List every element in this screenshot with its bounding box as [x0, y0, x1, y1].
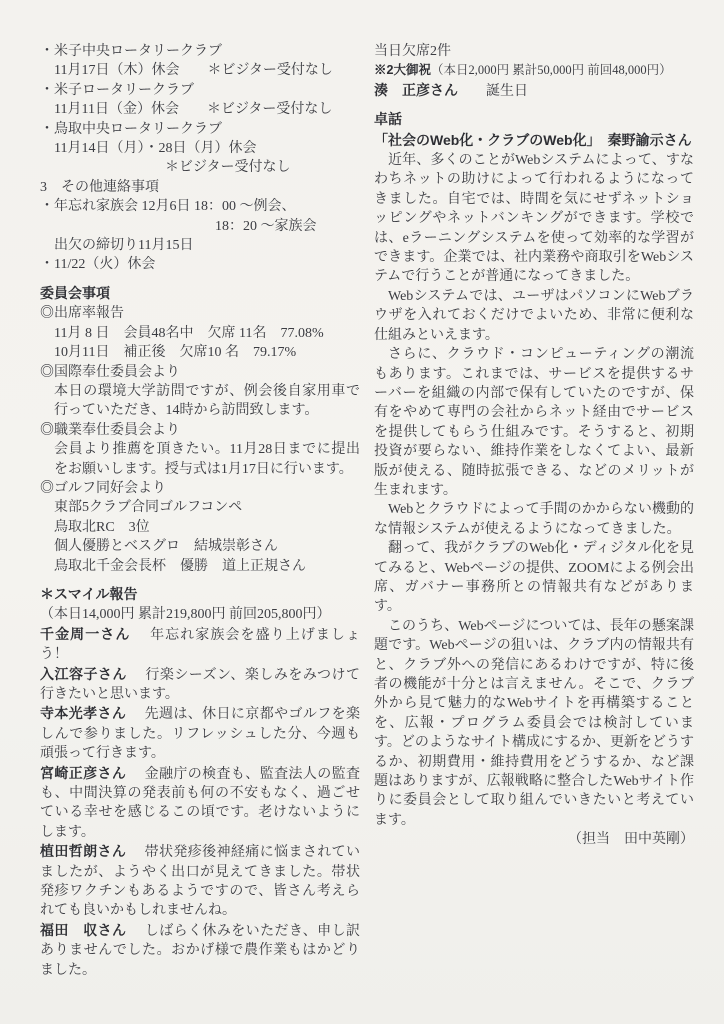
text-run: Webシステムでは、ユーザはパソコンにWebブラウザを入れておくだけでよいため、…	[374, 289, 694, 343]
club-closure-date: ・11/22（火）休会	[40, 255, 360, 274]
text-run: ・年忘れ家族会 12月6日 18：00 ～例会、	[40, 199, 296, 214]
speech-paragraph: さらに、クラウド・コンピューティングの潮流もあります。これまでは、サービスを提供…	[374, 345, 694, 500]
text-run: 3 その他連絡事項	[40, 180, 159, 195]
section-other-notices: 3 その他連絡事項	[40, 178, 360, 197]
speech-paragraph: 翻って、我がクラブのWeb化・ディジタル化を見てみると、Webページの提供、ZO…	[374, 539, 694, 617]
text-run: 11月14日（月）・28日（月）休会	[54, 141, 256, 156]
rsvp-deadline: 出欠の締切り11月15日	[40, 236, 360, 255]
family-party-line: ・年忘れ家族会 12月6日 18：00 ～例会、	[40, 197, 360, 216]
text-run: 翻って、我がクラブのWeb化・ディジタル化を見てみると、Webページの提供、ZO…	[374, 541, 694, 614]
text-run: 東部5クラブ合同ゴルフコンペ	[54, 500, 242, 515]
text-run: ・鳥取中央ロータリークラブ	[40, 122, 222, 137]
emphasized-text: ※2大御祝	[374, 63, 431, 77]
text-run: ・11/22（火）休会	[40, 257, 155, 272]
birthday-line: 湊 正彦さん 誕生日	[374, 81, 694, 101]
text-run: 11月 8 日 会員48名中 欠席 11名 77.08%	[54, 326, 324, 341]
golf-result-line: 個人優勝とベスグロ 結城崇彰さん	[40, 537, 360, 556]
smile-entry: 植田哲朗さん 帯状発疹後神経痛に悩まされていましたが、ようやく出口が見えてきまし…	[40, 842, 360, 921]
speech-paragraph: 近年、多くのことがWebシステムによって、すなわちネットの助けによって行われるよ…	[374, 151, 694, 287]
emphasized-text: 委員会事項	[40, 285, 110, 301]
committee-section-heading: 委員会事項	[40, 284, 360, 304]
text-run: 11月17日（木）休会 ＊ビジター受付なし	[54, 63, 333, 78]
absence-count: 当日欠席2件	[374, 42, 694, 61]
text-run: 本日の環境大学訪問ですが、例会後自家用車で行っていただき、14時から訪問致します…	[54, 384, 360, 418]
text-run: （担当 田中英剛）	[568, 832, 694, 847]
family-party-line2: 18：20 ～家族会	[40, 217, 360, 236]
emphasized-text: 入江容子さん	[40, 666, 127, 682]
speech-title: 「社会のWeb化・クラブのWeb化」 秦野諭示さん	[374, 131, 694, 151]
attendance-report-heading: ◎出席率報告	[40, 304, 360, 323]
text-run: 10月11日 補正後 欠席10 名 79.17%	[54, 345, 296, 360]
speech-paragraph: Webシステムでは、ユーザはパソコンにWebブラウザを入れておくだけでよいため、…	[374, 287, 694, 345]
smile-entry: 宮崎正彦さん 金融庁の検査も、監査法人の監査も、中間決算の発表前も何の不安もなく…	[40, 764, 360, 843]
vocational-service-body: 会員より推薦を頂きたい。11月28日までに提出をお願いします。授与式は1月17日…	[40, 440, 360, 479]
speech-byline: （担当 田中英剛）	[374, 830, 694, 849]
smile-report-heading: ＊スマイル報告	[40, 585, 360, 605]
vocational-service-heading: ◎職業奉仕委員会より	[40, 421, 360, 440]
emphasized-text: 福田 収さん	[40, 922, 126, 938]
text-run: ◎国際奉仕委員会より	[40, 365, 180, 380]
text-run: ＊ビジター受付なし	[165, 160, 290, 175]
text-run: 鳥取北RC 3位	[54, 520, 150, 535]
text-run: 個人優勝とベスグロ 結城崇彰さん	[54, 539, 278, 554]
golf-club-heading: ◎ゴルフ同好会より	[40, 479, 360, 498]
text-run: 出欠の締切り11月15日	[54, 238, 193, 253]
speech-section-heading: 卓話	[374, 110, 694, 130]
emphasized-text: 宮崎正彦さん	[40, 765, 126, 781]
celebration-line: ※2大御祝（本日2,000円 累計50,000円 前回48,000円）	[374, 61, 694, 80]
golf-result-line: 鳥取北RC 3位	[40, 518, 360, 537]
golf-result-line: 鳥取北千金会長杯 優勝 道上正規さん	[40, 557, 360, 576]
text-run: ◎職業奉仕委員会より	[40, 423, 180, 438]
club-closure-name: ・米子中央ロータリークラブ	[40, 42, 360, 61]
speech-paragraph: このうち、Webページについては、長年の懸案課題です。Webページの狙いは、クラ…	[374, 617, 694, 830]
bulletin-page: ・米子中央ロータリークラブ11月17日（木）休会 ＊ビジター受付なし・米子ロータ…	[0, 0, 724, 1024]
intl-service-body: 本日の環境大学訪問ですが、例会後自家用車で行っていただき、14時から訪問致します…	[40, 382, 360, 421]
club-closure-date: 11月11日（金）休会 ＊ビジター受付なし	[40, 100, 360, 119]
text-run: Webとクラウドによって手間のかからない機動的な情報システムが使えるようになって…	[374, 502, 694, 536]
text-run: 誕生日	[458, 84, 528, 99]
emphasized-text: 湊 正彦さん	[374, 82, 458, 98]
club-closure-name: ・米子ロータリークラブ	[40, 81, 360, 100]
golf-result-line: 東部5クラブ合同ゴルフコンペ	[40, 498, 360, 517]
club-closure-name: ・鳥取中央ロータリークラブ	[40, 120, 360, 139]
club-closure-date: 11月14日（月）・28日（月）休会	[40, 139, 360, 158]
emphasized-text: 寺本光孝さん	[40, 705, 126, 721]
text-run: ◎ゴルフ同好会より	[40, 481, 166, 496]
text-run: 会員より推薦を頂きたい。11月28日までに提出をお願いします。授与式は1月17日…	[54, 442, 360, 476]
text-run: このうち、Webページについては、長年の懸案課題です。Webページの狙いは、クラ…	[374, 619, 694, 828]
text-run: 近年、多くのことがWebシステムによって、すなわちネットの助けによって行われるよ…	[374, 153, 694, 284]
text-run: ◎出席率報告	[40, 306, 124, 321]
text-run: ・米子ロータリークラブ	[40, 83, 194, 98]
text-run: 鳥取北千金会長杯 優勝 道上正規さん	[54, 559, 306, 574]
text-run: 当日欠席2件	[374, 44, 451, 59]
attendance-line: 11月 8 日 会員48名中 欠席 11名 77.08%	[40, 324, 360, 343]
emphasized-text: ＊スマイル報告	[40, 586, 137, 602]
text-run: ・米子中央ロータリークラブ	[40, 44, 222, 59]
attendance-line: 10月11日 補正後 欠席10 名 79.17%	[40, 343, 360, 362]
intl-service-heading: ◎国際奉仕委員会より	[40, 363, 360, 382]
smile-entry: 千金周一さん 年忘れ家族会を盛り上げましょう！	[40, 625, 360, 665]
emphasized-text: 千金周一さん	[40, 626, 130, 642]
left-column: ・米子中央ロータリークラブ11月17日（木）休会 ＊ビジター受付なし・米子ロータ…	[40, 42, 360, 1024]
smile-entry: 寺本光孝さん 先週は、休日に京都やゴルフを楽しんで参りました。リフレッシュした分…	[40, 704, 360, 763]
emphasized-text: 卓話	[374, 111, 402, 127]
smile-report-amounts: （本日14,000円 累計219,800円 前回205,800円）	[40, 605, 360, 624]
emphasized-text: 植田哲朗さん	[40, 843, 126, 859]
smile-entry: 入江容子さん 行楽シーズン、楽しみをみつけて行きたいと思います。	[40, 665, 360, 705]
club-closure-date: 11月17日（木）休会 ＊ビジター受付なし	[40, 61, 360, 80]
text-run: （本日14,000円 累計219,800円 前回205,800円）	[40, 607, 331, 622]
text-run: 11月11日（金）休会 ＊ビジター受付なし	[54, 102, 332, 117]
visitor-note: ＊ビジター受付なし	[40, 158, 360, 177]
speech-paragraph: Webとクラウドによって手間のかからない機動的な情報システムが使えるようになって…	[374, 500, 694, 539]
smile-entry: 福田 収さん しばらく休みをいただき、申し訳ありませんでした。おかげ様で農作業も…	[40, 921, 360, 980]
right-column: 当日欠席2件※2大御祝（本日2,000円 累計50,000円 前回48,000円…	[374, 42, 694, 1024]
text-run: さらに、クラウド・コンピューティングの潮流もあります。これまでは、サービスを提供…	[374, 347, 694, 498]
emphasized-text: 「社会のWeb化・クラブのWeb化」 秦野諭示さん	[374, 132, 692, 148]
text-run: 18：20 ～家族会	[215, 219, 317, 234]
text-run: （本日2,000円 累計50,000円 前回48,000円）	[431, 63, 672, 77]
